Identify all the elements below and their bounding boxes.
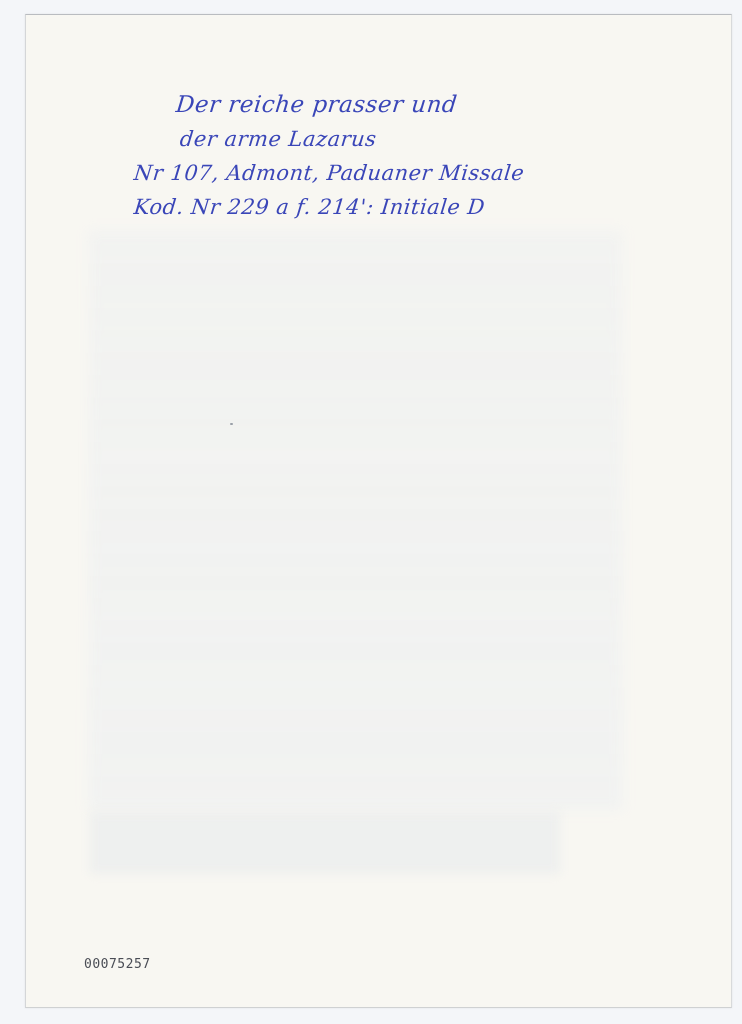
note-title-line-2: der arme Lazarus <box>179 127 378 151</box>
inventory-number: 00075257 <box>84 957 151 972</box>
handwritten-annotation: Der reiche prasser und der arme Lazarus … <box>0 0 742 1024</box>
scan-background: Der reiche prasser und der arme Lazarus … <box>0 0 742 1024</box>
paper-speck <box>230 423 233 425</box>
note-title-line-1: Der reiche prasser und <box>175 92 459 118</box>
note-source-line: Nr 107, Admont, Paduaner Missale <box>133 161 526 185</box>
note-codex-line: Kod. Nr 229 a f. 214': Initiale D <box>133 195 486 219</box>
